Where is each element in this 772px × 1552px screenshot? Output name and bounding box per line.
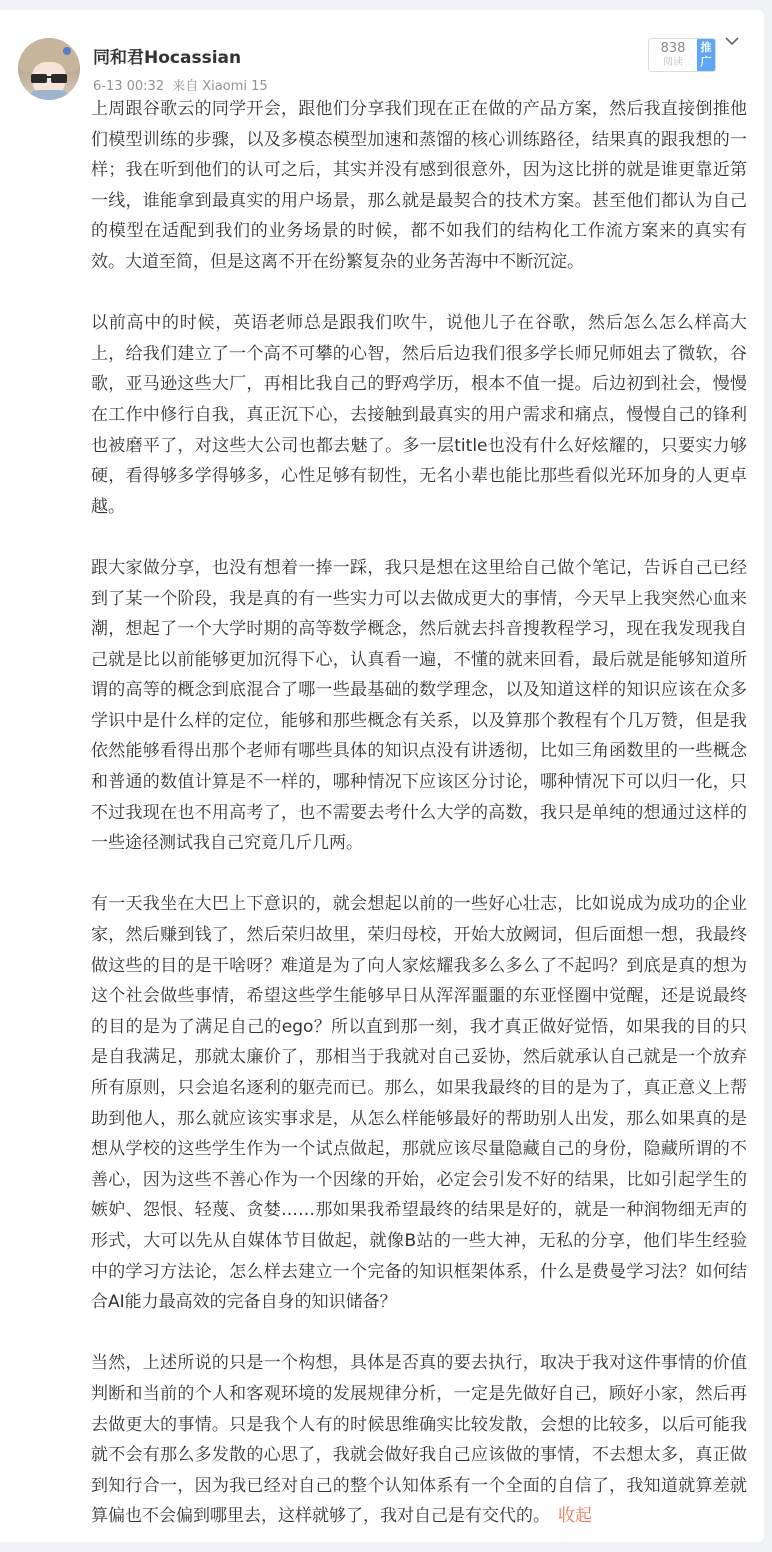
avatar-sunglasses-left [31, 74, 47, 83]
reads-count: 838 [649, 41, 697, 56]
post-paragraph: 以前高中的时候，英语老师总是跟我们吹牛，说他儿子在谷歌，然后怎么怎么样高大上，给… [91, 308, 747, 522]
post-meta: 6-13 00:32 来自Xiaomi 15 [93, 75, 272, 94]
promote-button[interactable]: 推广 [697, 39, 715, 71]
author-name[interactable]: 同和君Hocassian [93, 43, 241, 68]
collapse-link[interactable]: 收起 [558, 1506, 592, 1526]
post-paragraph: 上周跟谷歌云的同学开会，跟他们分享我们现在正在做的产品方案，然后我直接倒推他们模… [91, 94, 747, 278]
avatar-hairpin [62, 46, 72, 56]
chevron-down-icon[interactable] [722, 34, 742, 50]
avatar-sunglasses-bridge [46, 76, 52, 78]
avatar-sunglasses-right [51, 74, 67, 83]
source-prefix: 来自 [172, 79, 198, 94]
post-paragraph: 当然，上述所说的只是一个构想，具体是否真的要去执行，取决于我对这件事情的价值判断… [91, 1353, 747, 1526]
reads-label: 阅读 [649, 56, 697, 69]
post-body: 上周跟谷歌云的同学开会，跟他们分享我们现在正在做的产品方案，然后我直接倒推他们模… [91, 94, 747, 1532]
reads-promote-widget: 838 阅读 推广 [648, 38, 716, 72]
post-paragraph: 跟大家做分享，也没有想着一捧一踩，我只是想在这里给自己做个笔记，告诉自己已经到了… [91, 553, 747, 859]
post-paragraph: 有一天我坐在大巴上下意识的，就会想起以前的一些好心壮志，比如说成为成功的企业家，… [91, 889, 747, 1317]
post-time[interactable]: 6-13 00:32 [93, 79, 164, 94]
chevron-down-icon-svg [722, 34, 742, 50]
avatar[interactable] [18, 38, 80, 100]
post-paragraph-last: 当然，上述所说的只是一个构想，具体是否真的要去执行，取决于我对这件事情的价值判断… [91, 1348, 747, 1532]
avatar-collar [28, 90, 70, 100]
source-device: Xiaomi 15 [202, 79, 267, 94]
